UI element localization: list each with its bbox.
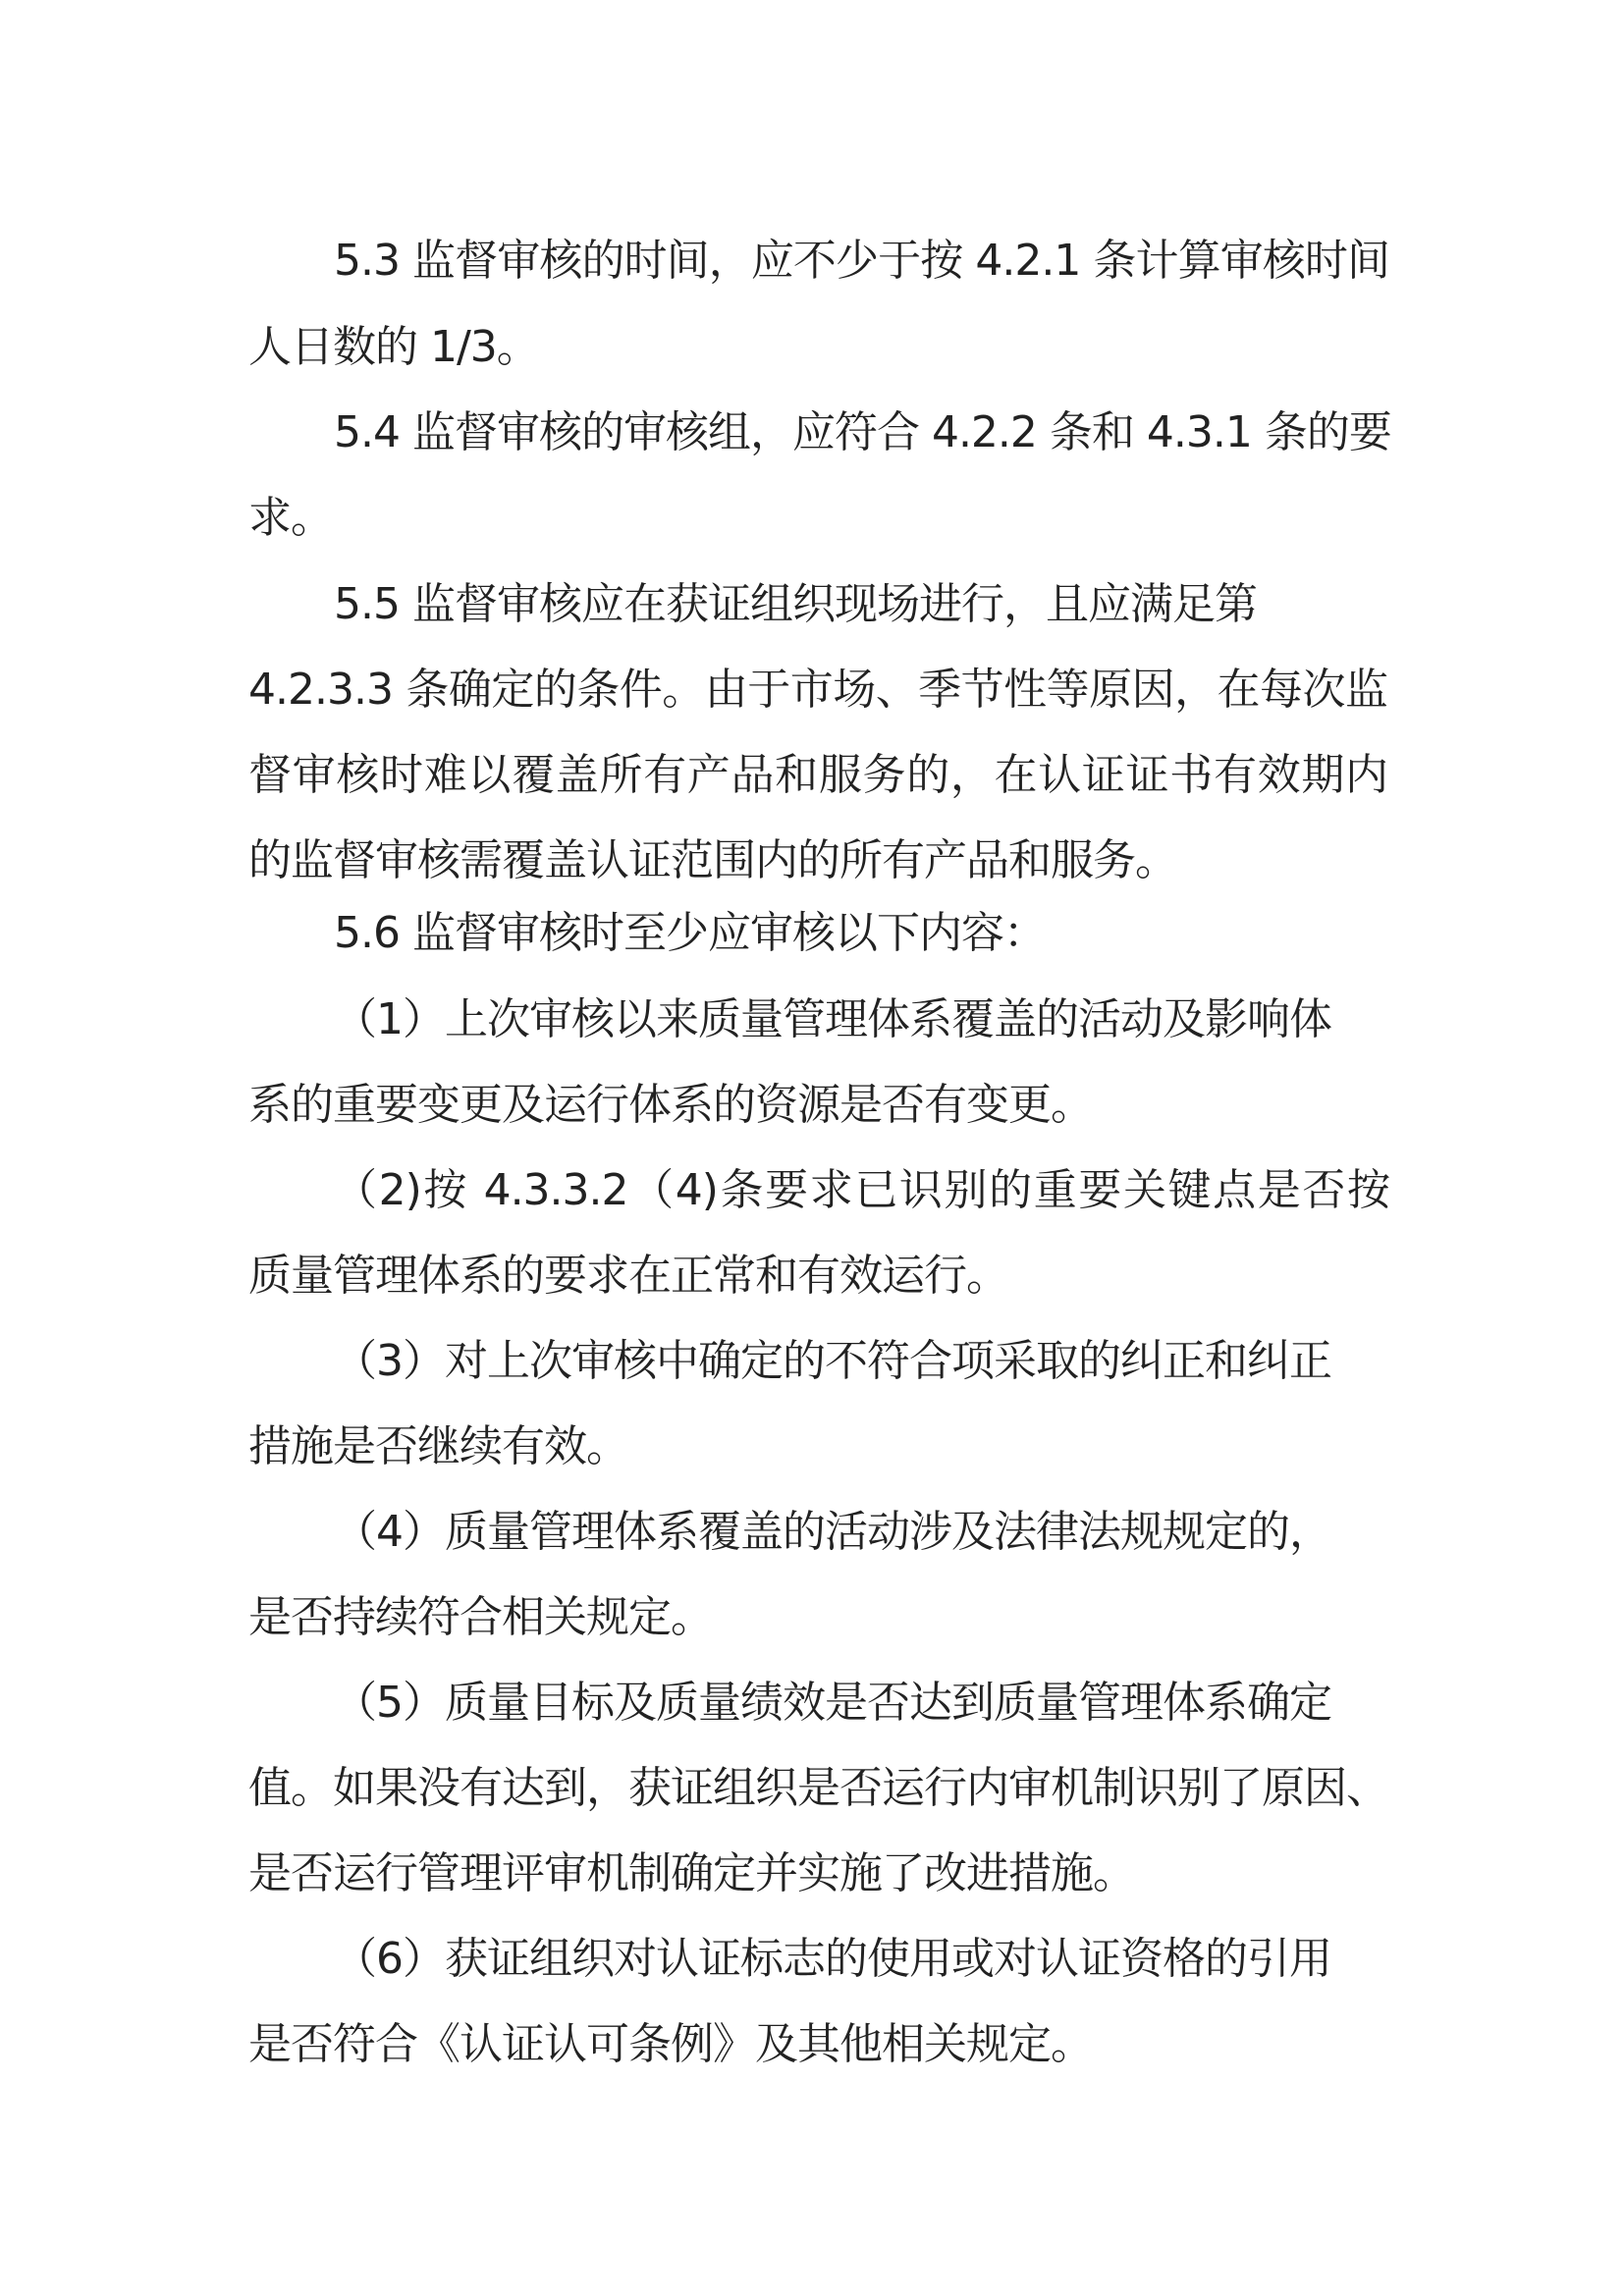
item-4-line-1: （4）质量管理体系覆盖的活动涉及法律法规规定的，	[334, 1503, 1389, 1562]
para-5-4-line-2: 求。	[248, 489, 1387, 548]
item-1-line-1: （1）上次审核以来质量管理体系覆盖的活动及影响体	[334, 990, 1389, 1049]
para-5-6-heading: 5.6 监督审核时至少应审核以下内容：	[334, 904, 1389, 963]
para-5-5-line-3: 督审核时难以覆盖所有产品和服务的，在认证证书有效期内	[248, 746, 1387, 805]
item-3-line-2: 措施是否继续有效。	[248, 1417, 1387, 1476]
item-3-line-1: （3）对上次审核中确定的不符合项采取的纠正和纠正	[334, 1332, 1389, 1391]
item-6-line-1: （6）获证组织对认证标志的使用或对认证资格的引用	[334, 1930, 1389, 1989]
item-1-line-2: 系的重要变更及运行体系的资源是否有变更。	[248, 1076, 1387, 1135]
item-5-line-2: 值。如果没有达到，获证组织是否运行内审机制识别了原因、	[248, 1759, 1387, 1818]
item-2-line-1: （2)按 4.3.3.2（4)条要求已识别的重要关键点是否按	[334, 1161, 1389, 1220]
document-page: 5.3 监督审核的时间，应不少于按 4.2.1 条计算审核时间 人日数的 1/3…	[0, 0, 1624, 2296]
item-4-line-2: 是否持续符合相关规定。	[248, 1588, 1387, 1647]
item-2-line-2: 质量管理体系的要求在正常和有效运行。	[248, 1247, 1387, 1306]
item-6-line-2: 是否符合《认证认可条例》及其他相关规定。	[248, 2015, 1387, 2074]
para-5-5-line-1: 5.5 监督审核应在获证组织现场进行，且应满足第	[334, 575, 1389, 634]
para-5-3-line-1: 5.3 监督审核的时间，应不少于按 4.2.1 条计算审核时间	[334, 232, 1389, 291]
para-5-4-line-1: 5.4 监督审核的审核组，应符合 4.2.2 条和 4.3.1 条的要	[334, 403, 1389, 462]
para-5-5-line-4: 的监督审核需覆盖认证范围内的所有产品和服务。	[248, 831, 1387, 890]
para-5-3-line-2: 人日数的 1/3。	[248, 318, 1387, 377]
para-5-5-line-2: 4.2.3.3 条确定的条件。由于市场、季节性等原因，在每次监	[248, 661, 1387, 720]
item-5-line-1: （5）质量目标及质量绩效是否达到质量管理体系确定	[334, 1674, 1389, 1733]
item-5-line-3: 是否运行管理评审机制确定并实施了改进措施。	[248, 1844, 1387, 1903]
